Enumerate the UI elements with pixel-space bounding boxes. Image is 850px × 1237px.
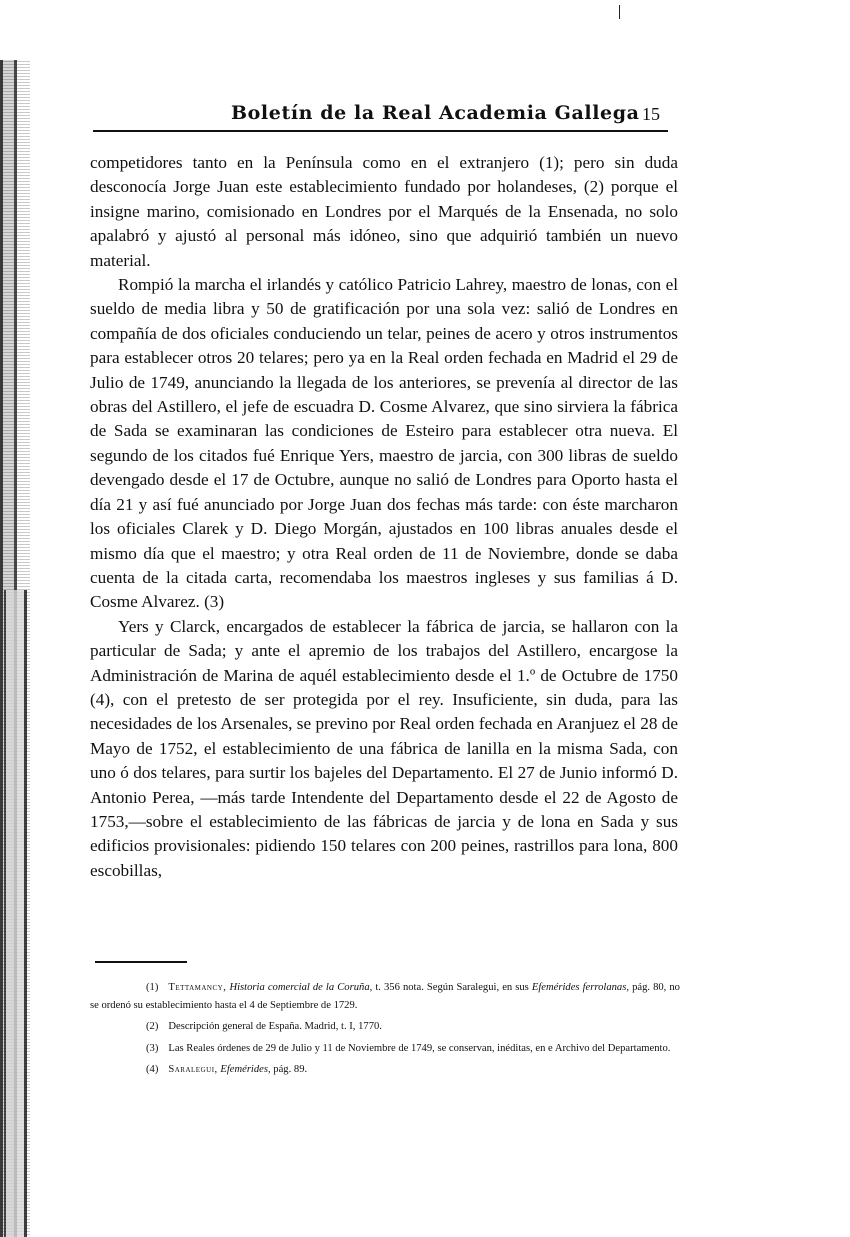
page-binding-shadow	[4, 590, 30, 1237]
footnote-author: Tettamancy,	[168, 982, 226, 993]
footnotes: (1)Tettamancy, Historia comercial de la …	[90, 979, 680, 1083]
footnote-marker: (3)	[118, 1040, 158, 1058]
running-title: Boletín de la Real Academia Gallega	[231, 102, 640, 124]
footnote-text: Las Reales órdenes de 29 de Julio y 11 d…	[168, 1043, 670, 1054]
footnote-marker: (1)	[118, 979, 158, 997]
footnote-title: Historia comercial de la Coruña,	[229, 982, 372, 993]
footnote-author: Saralegui,	[168, 1064, 217, 1075]
footnote-1: (1)Tettamancy, Historia comercial de la …	[90, 979, 680, 1014]
footnote-marker: (2)	[118, 1018, 158, 1036]
footnote-text: Descripción general de España. Madrid, t…	[168, 1021, 382, 1032]
paragraph-1: competidores tanto en la Península como …	[90, 151, 678, 273]
paragraph-2: Rompió la marcha el irlandés y católico …	[90, 273, 678, 615]
footnote-4: (4)Saralegui, Efemérides, pág. 89.	[90, 1061, 680, 1079]
footnote-title-2: Efemérides ferrolanas,	[532, 982, 629, 993]
footnote-3: (3)Las Reales órdenes de 29 de Julio y 1…	[90, 1040, 680, 1058]
scan-mark	[619, 5, 620, 19]
footnote-2: (2)Descripción general de España. Madrid…	[90, 1018, 680, 1036]
body-text: competidores tanto en la Península como …	[90, 151, 678, 883]
footnote-marker: (4)	[118, 1061, 158, 1079]
footnote-rule	[95, 961, 187, 963]
running-head: Boletín de la Real Academia Gallega 15	[93, 100, 668, 130]
page-number: 15	[642, 104, 660, 125]
paragraph-3: Yers y Clarck, encargados de establecer …	[90, 615, 678, 883]
footnote-title: Efemérides,	[220, 1064, 270, 1075]
header-rule	[93, 130, 668, 132]
footnote-text: t. 356 nota. Según Saralegui, en sus	[372, 982, 532, 993]
footnote-text: pág. 89.	[271, 1064, 307, 1075]
